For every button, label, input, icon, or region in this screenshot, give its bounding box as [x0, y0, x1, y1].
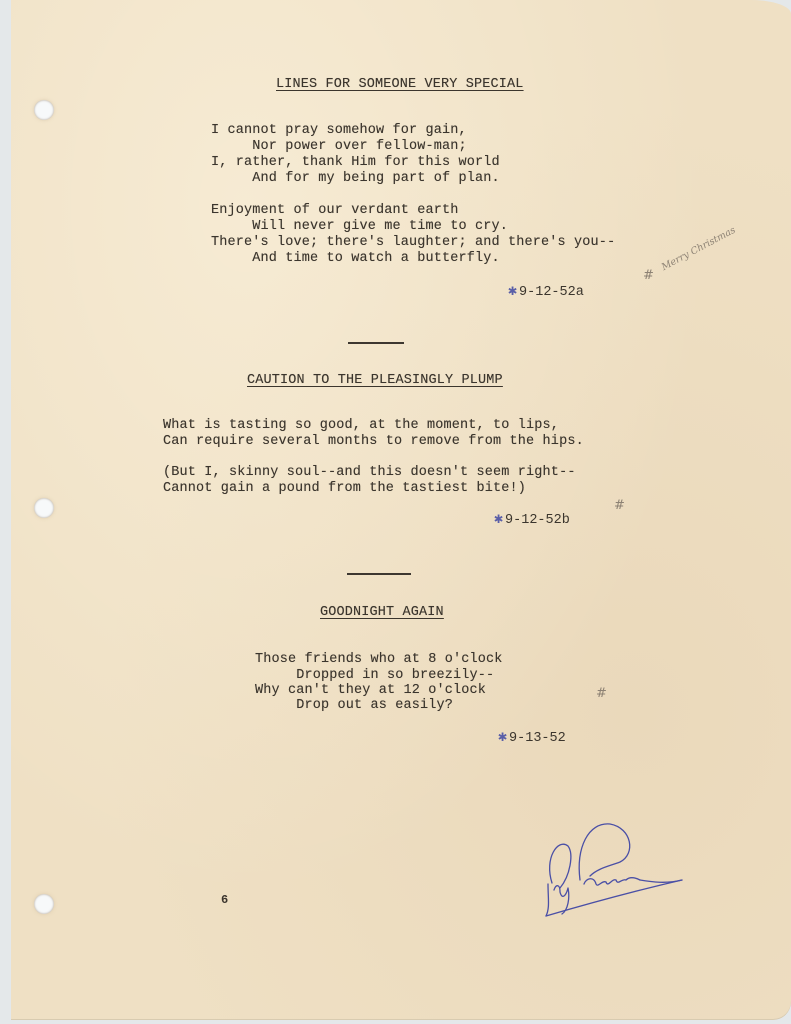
poem-line: (But I, skinny soul--and this doesn't se…: [163, 465, 576, 481]
poem-title: GOODNIGHT AGAIN: [320, 605, 444, 621]
poem-line: Nor power over fellow-man;: [211, 139, 467, 155]
poem-line: Enjoyment of our verdant earth: [211, 203, 459, 219]
poem-line: Dropped in so breezily--: [255, 668, 494, 684]
punch-hole: [34, 498, 54, 518]
poem-line: I, rather, thank Him for this world: [211, 155, 500, 171]
poem-date: ✱9-13-52: [498, 730, 566, 747]
star-mark-icon: ✱: [508, 283, 517, 300]
poem-line: Cannot gain a pound from the tastiest bi…: [163, 481, 526, 497]
poem-line: I cannot pray somehow for gain,: [211, 123, 467, 139]
poem-line: And for my being part of plan.: [211, 171, 500, 187]
poem-line: Can require several months to remove fro…: [163, 434, 584, 450]
pencil-mark: #: [643, 268, 654, 283]
poem-line: Will never give me time to cry.: [211, 219, 508, 235]
poem-line: Those friends who at 8 o'clock: [255, 652, 503, 668]
signature: Ray Powell: [540, 818, 690, 923]
poem-title: LINES FOR SOMEONE VERY SPECIAL: [276, 77, 524, 93]
poem-line: And time to watch a butterfly.: [211, 251, 500, 267]
poem-date: ✱9-12-52b: [494, 512, 570, 529]
punch-hole: [34, 100, 54, 120]
star-mark-icon: ✱: [494, 511, 503, 528]
pencil-mark: #: [596, 686, 607, 701]
section-divider: [347, 573, 411, 575]
poem-line: There's love; there's laughter; and ther…: [211, 235, 615, 251]
poem-line: Drop out as easily?: [255, 698, 453, 714]
poem-date: ✱9-12-52a: [508, 284, 584, 301]
pencil-mark: #: [614, 498, 625, 513]
punch-hole: [34, 894, 54, 914]
section-divider: [348, 342, 404, 344]
poem-line: Why can't they at 12 o'clock: [255, 683, 486, 699]
star-mark-icon: ✱: [498, 729, 507, 746]
page-number: 6: [221, 893, 228, 907]
poem-title: CAUTION TO THE PLEASINGLY PLUMP: [247, 373, 503, 389]
poem-line: What is tasting so good, at the moment, …: [163, 418, 559, 434]
